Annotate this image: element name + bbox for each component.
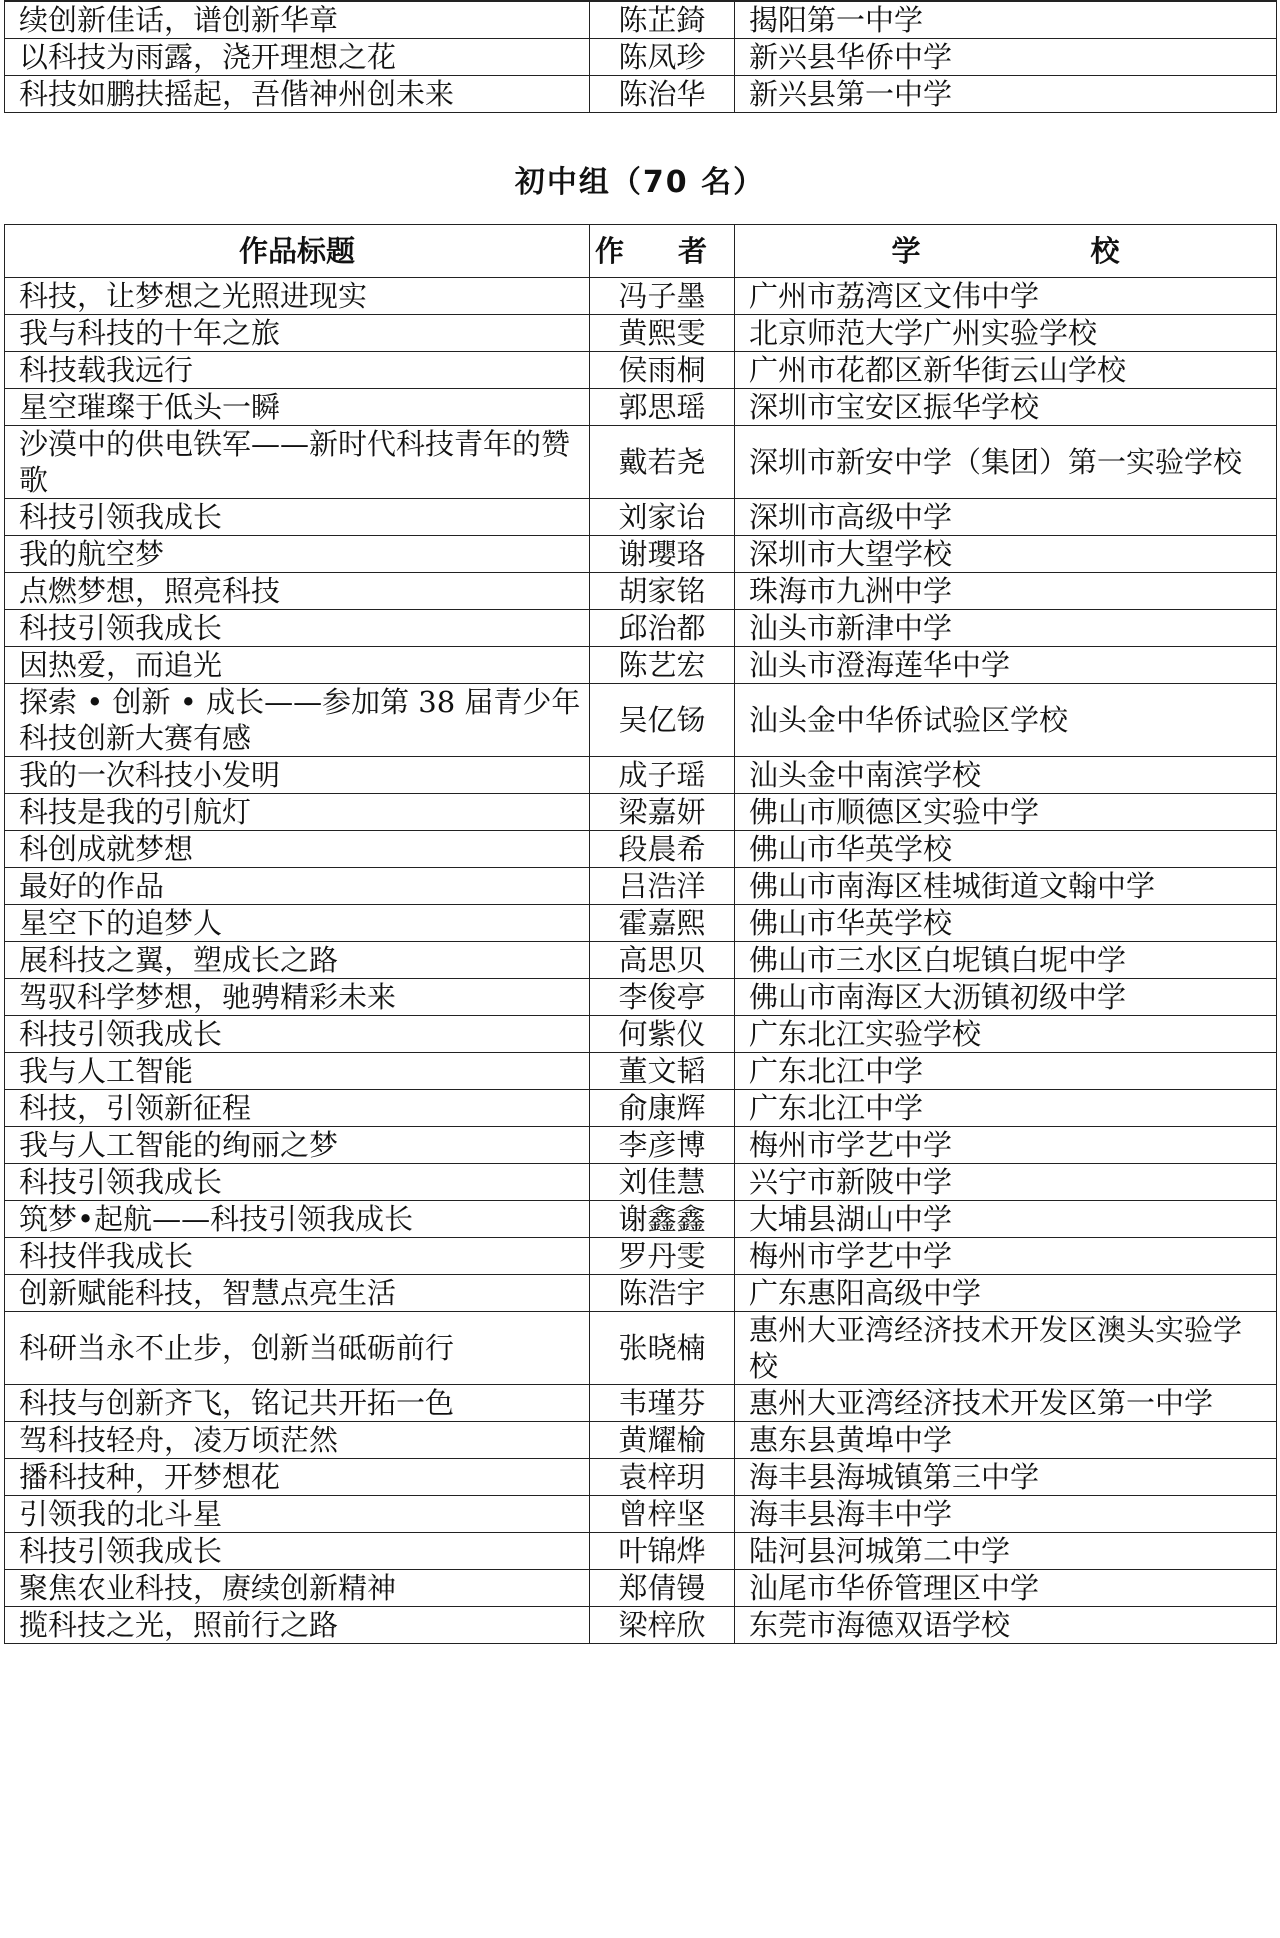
author-cell: 俞康辉 (590, 1090, 735, 1127)
school-cell: 佛山市顺德区实验中学 (735, 794, 1277, 831)
work-title-cell: 科技如鹏扶摇起，吾偕神州创未来 (5, 76, 590, 113)
work-title-cell: 聚焦农业科技，赓续创新精神 (5, 1570, 590, 1607)
work-title-cell: 续创新佳话，谱创新华章 (5, 1, 590, 39)
work-title-cell: 科技，引领新征程 (5, 1090, 590, 1127)
author-cell: 陈艺宏 (590, 647, 735, 684)
school-cell: 深圳市宝安区振华学校 (735, 389, 1277, 426)
author-cell: 霍嘉熙 (590, 905, 735, 942)
work-title-cell: 科技引领我成长 (5, 499, 590, 536)
school-cell: 汕头金中南滨学校 (735, 757, 1277, 794)
table-row: 聚焦农业科技，赓续创新精神郑倩镘汕尾市华侨管理区中学 (5, 1570, 1277, 1607)
author-cell: 李俊亭 (590, 979, 735, 1016)
work-title-cell: 创新赋能科技，智慧点亮生活 (5, 1275, 590, 1312)
work-title-cell: 点燃梦想，照亮科技 (5, 573, 590, 610)
school-cell: 深圳市新安中学（集团）第一实验学校 (735, 426, 1277, 499)
author-cell: 张晓楠 (590, 1312, 735, 1385)
author-cell: 刘家诒 (590, 499, 735, 536)
previous-group-table: 续创新佳话，谱创新华章陈芷錡揭阳第一中学以科技为雨露，浇开理想之花陈凤珍新兴县华… (4, 0, 1277, 113)
author-cell: 罗丹雯 (590, 1238, 735, 1275)
author-cell: 梁嘉妍 (590, 794, 735, 831)
table-row: 沙漠中的供电铁军——新时代科技青年的赞歌戴若尧深圳市新安中学（集团）第一实验学校 (5, 426, 1277, 499)
table-row: 科技，让梦想之光照进现实冯子墨广州市荔湾区文伟中学 (5, 278, 1277, 315)
school-cell: 新兴县第一中学 (735, 76, 1277, 113)
school-cell: 广东北江中学 (735, 1053, 1277, 1090)
school-cell: 广东惠阳高级中学 (735, 1275, 1277, 1312)
school-cell: 珠海市九洲中学 (735, 573, 1277, 610)
author-cell: 黄熙雯 (590, 315, 735, 352)
work-title-cell: 以科技为雨露，浇开理想之花 (5, 39, 590, 76)
author-cell: 叶锦烨 (590, 1533, 735, 1570)
school-cell: 深圳市大望学校 (735, 536, 1277, 573)
school-cell: 惠东县黄埠中学 (735, 1422, 1277, 1459)
table-row: 科技引领我成长何紫仪广东北江实验学校 (5, 1016, 1277, 1053)
author-cell: 成子瑶 (590, 757, 735, 794)
previous-group-table-body: 续创新佳话，谱创新华章陈芷錡揭阳第一中学以科技为雨露，浇开理想之花陈凤珍新兴县华… (5, 1, 1277, 113)
table-row: 科技引领我成长刘家诒深圳市高级中学 (5, 499, 1277, 536)
table-header-row: 作品标题 作 者 学 校 (5, 225, 1277, 278)
work-title-cell: 揽科技之光，照前行之路 (5, 1607, 590, 1644)
table-row: 科技，引领新征程俞康辉广东北江中学 (5, 1090, 1277, 1127)
header-title: 作品标题 (5, 225, 590, 278)
table-row: 我的航空梦谢瓔珞深圳市大望学校 (5, 536, 1277, 573)
work-title-cell: 科技引领我成长 (5, 1164, 590, 1201)
school-cell: 广东北江中学 (735, 1090, 1277, 1127)
author-cell: 谢瓔珞 (590, 536, 735, 573)
author-cell: 何紫仪 (590, 1016, 735, 1053)
work-title-cell: 科技引领我成长 (5, 1533, 590, 1570)
work-title-cell: 我的一次科技小发明 (5, 757, 590, 794)
table-row: 展科技之翼，塑成长之路高思贝佛山市三水区白坭镇白坭中学 (5, 942, 1277, 979)
school-cell: 海丰县海丰中学 (735, 1496, 1277, 1533)
junior-high-award-table-body: 科技，让梦想之光照进现实冯子墨广州市荔湾区文伟中学我与科技的十年之旅黄熙雯北京师… (5, 278, 1277, 1644)
author-cell: 陈芷錡 (590, 1, 735, 39)
school-cell: 新兴县华侨中学 (735, 39, 1277, 76)
work-title-cell: 科创成就梦想 (5, 831, 590, 868)
school-cell: 广东北江实验学校 (735, 1016, 1277, 1053)
school-cell: 佛山市三水区白坭镇白坭中学 (735, 942, 1277, 979)
work-title-cell: 科技伴我成长 (5, 1238, 590, 1275)
header-author: 作 者 (590, 225, 735, 278)
author-cell: 吕浩洋 (590, 868, 735, 905)
table-row: 科技如鹏扶摇起，吾偕神州创未来陈治华新兴县第一中学 (5, 76, 1277, 113)
work-title-cell: 沙漠中的供电铁军——新时代科技青年的赞歌 (5, 426, 590, 499)
school-cell: 陆河县河城第二中学 (735, 1533, 1277, 1570)
school-cell: 深圳市高级中学 (735, 499, 1277, 536)
work-title-cell: 展科技之翼，塑成长之路 (5, 942, 590, 979)
table-row: 揽科技之光，照前行之路梁梓欣东莞市海德双语学校 (5, 1607, 1277, 1644)
work-title-cell: 我与人工智能 (5, 1053, 590, 1090)
school-cell: 北京师范大学广州实验学校 (735, 315, 1277, 352)
work-title-cell: 驾科技轻舟，凌万顷茫然 (5, 1422, 590, 1459)
table-row: 科技伴我成长罗丹雯梅州市学艺中学 (5, 1238, 1277, 1275)
author-cell: 陈浩宇 (590, 1275, 735, 1312)
author-cell: 胡家铭 (590, 573, 735, 610)
school-cell: 广州市荔湾区文伟中学 (735, 278, 1277, 315)
author-cell: 陈治华 (590, 76, 735, 113)
work-title-cell: 引领我的北斗星 (5, 1496, 590, 1533)
author-cell: 韦瑾芬 (590, 1385, 735, 1422)
table-row: 驾驭科学梦想，驰骋精彩未来李俊亭佛山市南海区大沥镇初级中学 (5, 979, 1277, 1016)
table-row: 探索 • 创新 • 成长——参加第 38 届青少年科技创新大赛有感吴亿钖汕头金中… (5, 684, 1277, 757)
table-row: 科技与创新齐飞，铭记共开拓一色韦瑾芬惠州大亚湾经济技术开发区第一中学 (5, 1385, 1277, 1422)
author-cell: 邱治都 (590, 610, 735, 647)
school-cell: 大埔县湖山中学 (735, 1201, 1277, 1238)
school-cell: 佛山市南海区桂城街道文翰中学 (735, 868, 1277, 905)
work-title-cell: 科技引领我成长 (5, 1016, 590, 1053)
work-title-cell: 探索 • 创新 • 成长——参加第 38 届青少年科技创新大赛有感 (5, 684, 590, 757)
table-row: 科技引领我成长叶锦烨陆河县河城第二中学 (5, 1533, 1277, 1570)
school-cell: 汕尾市华侨管理区中学 (735, 1570, 1277, 1607)
table-row: 科创成就梦想段晨希佛山市华英学校 (5, 831, 1277, 868)
table-row: 播科技种，开梦想花袁梓玥海丰县海城镇第三中学 (5, 1459, 1277, 1496)
table-row: 因热爱，而追光陈艺宏汕头市澄海莲华中学 (5, 647, 1277, 684)
author-cell: 戴若尧 (590, 426, 735, 499)
table-row: 我与科技的十年之旅黄熙雯北京师范大学广州实验学校 (5, 315, 1277, 352)
work-title-cell: 科技引领我成长 (5, 610, 590, 647)
author-cell: 李彦博 (590, 1127, 735, 1164)
author-cell: 袁梓玥 (590, 1459, 735, 1496)
table-row: 筑梦•起航——科技引领我成长谢鑫鑫大埔县湖山中学 (5, 1201, 1277, 1238)
table-row: 科技引领我成长邱治都汕头市新津中学 (5, 610, 1277, 647)
table-row: 最好的作品吕浩洋佛山市南海区桂城街道文翰中学 (5, 868, 1277, 905)
school-cell: 惠州大亚湾经济技术开发区澳头实验学校 (735, 1312, 1277, 1385)
school-cell: 兴宁市新陂中学 (735, 1164, 1277, 1201)
table-row: 科技载我远行侯雨桐广州市花都区新华街云山学校 (5, 352, 1277, 389)
author-cell: 陈凤珍 (590, 39, 735, 76)
author-cell: 吴亿钖 (590, 684, 735, 757)
table-row: 创新赋能科技，智慧点亮生活陈浩宇广东惠阳高级中学 (5, 1275, 1277, 1312)
school-cell: 海丰县海城镇第三中学 (735, 1459, 1277, 1496)
author-cell: 曾梓坚 (590, 1496, 735, 1533)
author-cell: 谢鑫鑫 (590, 1201, 735, 1238)
table-row: 驾科技轻舟，凌万顷茫然黄耀榆惠东县黄埠中学 (5, 1422, 1277, 1459)
school-cell: 汕头金中华侨试验区学校 (735, 684, 1277, 757)
author-cell: 刘佳慧 (590, 1164, 735, 1201)
table-row: 续创新佳话，谱创新华章陈芷錡揭阳第一中学 (5, 1, 1277, 39)
school-cell: 梅州市学艺中学 (735, 1238, 1277, 1275)
school-cell: 东莞市海德双语学校 (735, 1607, 1277, 1644)
work-title-cell: 我的航空梦 (5, 536, 590, 573)
table-row: 星空下的追梦人霍嘉熙佛山市华英学校 (5, 905, 1277, 942)
table-row: 科技引领我成长刘佳慧兴宁市新陂中学 (5, 1164, 1277, 1201)
author-cell: 侯雨桐 (590, 352, 735, 389)
school-cell: 汕头市澄海莲华中学 (735, 647, 1277, 684)
work-title-cell: 科研当永不止步，创新当砥砺前行 (5, 1312, 590, 1385)
work-title-cell: 科技载我远行 (5, 352, 590, 389)
table-row: 以科技为雨露，浇开理想之花陈凤珍新兴县华侨中学 (5, 39, 1277, 76)
school-cell: 惠州大亚湾经济技术开发区第一中学 (735, 1385, 1277, 1422)
work-title-cell: 我与人工智能的绚丽之梦 (5, 1127, 590, 1164)
work-title-cell: 筑梦•起航——科技引领我成长 (5, 1201, 590, 1238)
author-cell: 郭思瑶 (590, 389, 735, 426)
table-row: 我与人工智能董文韬广东北江中学 (5, 1053, 1277, 1090)
school-cell: 梅州市学艺中学 (735, 1127, 1277, 1164)
work-title-cell: 科技，让梦想之光照进现实 (5, 278, 590, 315)
table-row: 我与人工智能的绚丽之梦李彦博梅州市学艺中学 (5, 1127, 1277, 1164)
author-cell: 段晨希 (590, 831, 735, 868)
section-title: 初中组（70 名） (0, 158, 1280, 208)
school-cell: 揭阳第一中学 (735, 1, 1277, 39)
school-cell: 佛山市华英学校 (735, 831, 1277, 868)
table-row: 引领我的北斗星曾梓坚海丰县海丰中学 (5, 1496, 1277, 1533)
work-title-cell: 最好的作品 (5, 868, 590, 905)
header-school: 学 校 (735, 225, 1277, 278)
author-cell: 黄耀榆 (590, 1422, 735, 1459)
school-cell: 汕头市新津中学 (735, 610, 1277, 647)
table-row: 科研当永不止步，创新当砥砺前行张晓楠惠州大亚湾经济技术开发区澳头实验学校 (5, 1312, 1277, 1385)
school-cell: 广州市花都区新华街云山学校 (735, 352, 1277, 389)
work-title-cell: 星空璀璨于低头一瞬 (5, 389, 590, 426)
author-cell: 梁梓欣 (590, 1607, 735, 1644)
work-title-cell: 驾驭科学梦想，驰骋精彩未来 (5, 979, 590, 1016)
table-row: 点燃梦想，照亮科技胡家铭珠海市九洲中学 (5, 573, 1277, 610)
work-title-cell: 播科技种，开梦想花 (5, 1459, 590, 1496)
table-row: 科技是我的引航灯梁嘉妍佛山市顺德区实验中学 (5, 794, 1277, 831)
work-title-cell: 因热爱，而追光 (5, 647, 590, 684)
school-cell: 佛山市南海区大沥镇初级中学 (735, 979, 1277, 1016)
author-cell: 冯子墨 (590, 278, 735, 315)
school-cell: 佛山市华英学校 (735, 905, 1277, 942)
author-cell: 高思贝 (590, 942, 735, 979)
author-cell: 董文韬 (590, 1053, 735, 1090)
author-cell: 郑倩镘 (590, 1570, 735, 1607)
table-row: 星空璀璨于低头一瞬郭思瑶深圳市宝安区振华学校 (5, 389, 1277, 426)
work-title-cell: 星空下的追梦人 (5, 905, 590, 942)
work-title-cell: 科技与创新齐飞，铭记共开拓一色 (5, 1385, 590, 1422)
work-title-cell: 科技是我的引航灯 (5, 794, 590, 831)
work-title-cell: 我与科技的十年之旅 (5, 315, 590, 352)
table-row: 我的一次科技小发明成子瑶汕头金中南滨学校 (5, 757, 1277, 794)
junior-high-award-table: 作品标题 作 者 学 校 科技，让梦想之光照进现实冯子墨广州市荔湾区文伟中学我与… (4, 224, 1277, 1644)
